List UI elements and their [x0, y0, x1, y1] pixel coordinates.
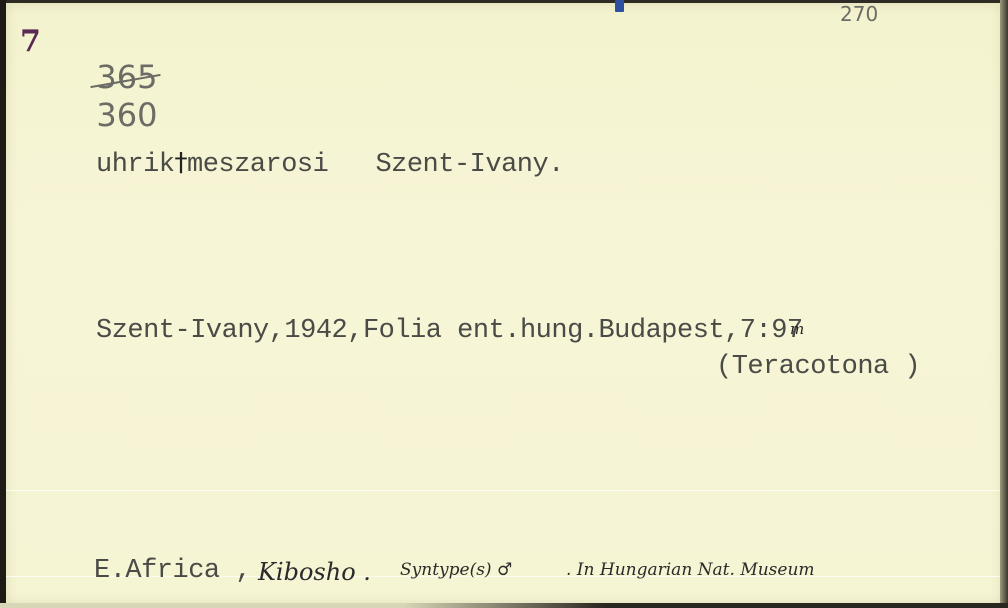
- species-name-part1: uhrik: [96, 150, 175, 180]
- card-edge-left: [0, 0, 6, 608]
- card-edge-right: [1000, 0, 1008, 608]
- stamp-number: 7: [20, 24, 41, 59]
- depository-note: . In Hungarian Nat. Museum: [566, 560, 815, 580]
- scan-line: [6, 490, 1008, 491]
- card-numbers: 365 360: [76, 20, 157, 134]
- citation: Szent-Ivany,1942,Folia ent.hung.Budapest…: [96, 316, 803, 346]
- new-number: 360: [96, 96, 157, 134]
- correction-mark-icon: †: [175, 148, 188, 178]
- card-edge-bottom: [0, 603, 1008, 608]
- genus-annotation-mark: m: [790, 320, 804, 338]
- locality-handwritten: Kibosho .: [258, 558, 371, 586]
- genus-note: (Teracotona ): [716, 352, 920, 382]
- species-author: Szent-Ivany.: [375, 150, 563, 180]
- corner-number: 270: [840, 2, 878, 26]
- type-status-note: Syntype(s) ♂: [400, 560, 512, 580]
- species-line: uhrik†meszarosi Szent-Ivany.: [96, 148, 564, 180]
- old-number-struck: 365: [96, 58, 157, 96]
- species-name-part2: meszarosi: [187, 150, 328, 180]
- blue-index-tab: [615, 0, 624, 12]
- locality-typed: E.Africa ,: [94, 556, 251, 586]
